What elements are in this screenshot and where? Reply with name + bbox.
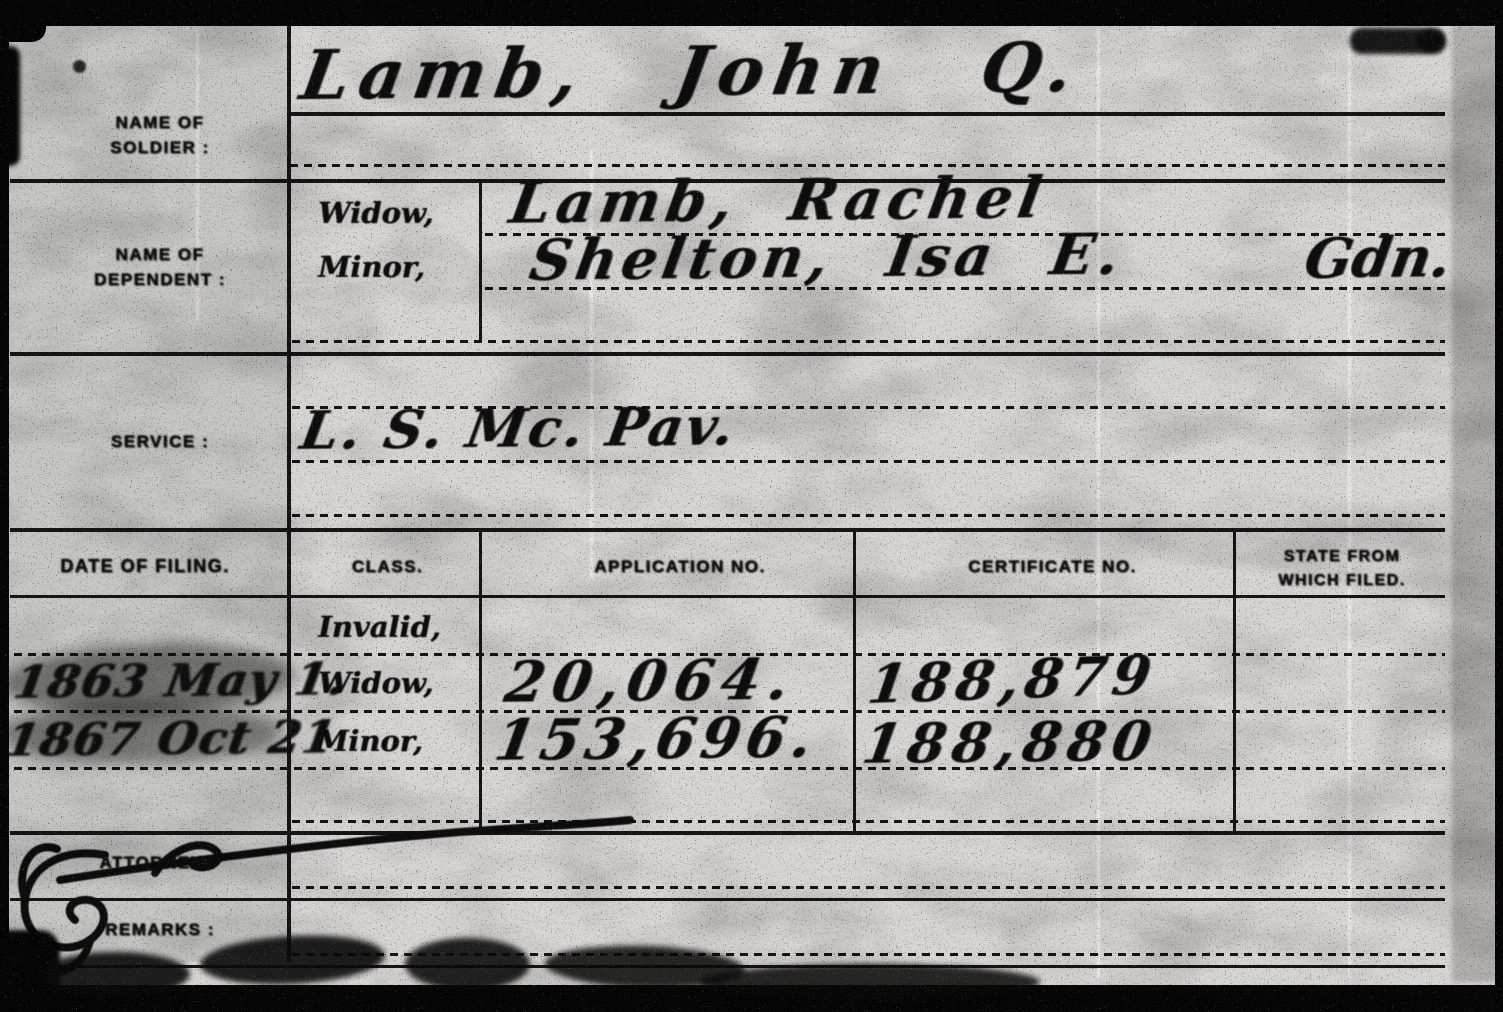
frame-bottom-ragged-edge xyxy=(700,964,1040,1000)
widow-certificate-no-handwriting: 188,879 xyxy=(864,642,1161,716)
header-state-line1: STATE FROM xyxy=(1243,545,1441,569)
pension-index-card-scan: NAME OF SOLDIER : NAME OF DEPENDENT : SE… xyxy=(0,0,1503,1012)
ink-speck xyxy=(73,60,86,73)
minor-name-handwriting: Shelton, Isa E. xyxy=(525,222,1129,294)
service-entry-handwriting: L. S. Mc. Pav. xyxy=(296,395,741,462)
service-section-label: SERVICE : xyxy=(55,432,265,452)
rule-dependent-sublist xyxy=(479,182,482,342)
rule-section-dependent-bottom xyxy=(10,352,1445,356)
header-application-no: APPLICATION NO. xyxy=(510,557,850,577)
right-edge-shading xyxy=(1452,26,1498,982)
dotted-dependent-line3 xyxy=(292,340,1445,343)
dependent-minor-label: Minor, xyxy=(318,250,425,284)
rule-table-top xyxy=(10,528,1445,532)
soldier-name-handwriting: Lamb, John Q. xyxy=(295,28,1088,116)
frame-bottom-ragged-edge xyxy=(40,952,190,996)
minor-application-no-handwriting: 153,696. xyxy=(490,705,822,774)
dependent-section-label: NAME OF DEPENDENT : xyxy=(55,242,265,292)
dotted-service-line2 xyxy=(292,460,1445,463)
header-date-of-filing: DATE OF FILING. xyxy=(25,556,265,577)
minor-filing-date-handwriting: 1867 Oct 21 xyxy=(2,711,340,767)
header-class: CLASS. xyxy=(300,557,475,577)
frame-right-edge xyxy=(1495,0,1503,1012)
soldier-section-label: NAME OF SOLDIER : xyxy=(55,110,265,160)
rule-table-header-bottom xyxy=(10,595,1445,598)
dependent-widow-label: Widow, xyxy=(318,196,433,230)
header-state-from-which-filed: STATE FROM WHICH FILED. xyxy=(1243,545,1441,593)
flourish-diagonal-stroke xyxy=(60,820,630,880)
bottom-handwriting-smudge xyxy=(405,938,530,990)
minor-certificate-no-handwriting: 188,880 xyxy=(858,709,1162,776)
header-certificate-no: CERTIFICATE NO. xyxy=(875,557,1230,577)
dependent-label-line2: DEPENDENT : xyxy=(55,267,265,292)
soldier-label-line1: NAME OF xyxy=(55,110,265,135)
dependent-label-line1: NAME OF xyxy=(55,242,265,267)
scan-streak xyxy=(1097,26,1100,978)
scan-streak xyxy=(1348,26,1351,978)
class-invalid-label: Invalid, xyxy=(318,610,441,644)
rule-certificate-column xyxy=(1233,529,1236,832)
dotted-service-line3 xyxy=(292,514,1445,517)
frame-top-band xyxy=(0,0,1503,26)
widow-filing-date-handwriting: 1863 May 1. xyxy=(10,653,350,709)
guardian-abbrev-handwriting: Gdn. xyxy=(1300,224,1456,291)
header-state-line2: WHICH FILED. xyxy=(1243,569,1441,593)
rule-application-column xyxy=(853,529,856,832)
soldier-label-line2: SOLDIER : xyxy=(55,135,265,160)
form-number-smudge xyxy=(1416,30,1444,52)
frame-left-bump xyxy=(0,46,20,166)
